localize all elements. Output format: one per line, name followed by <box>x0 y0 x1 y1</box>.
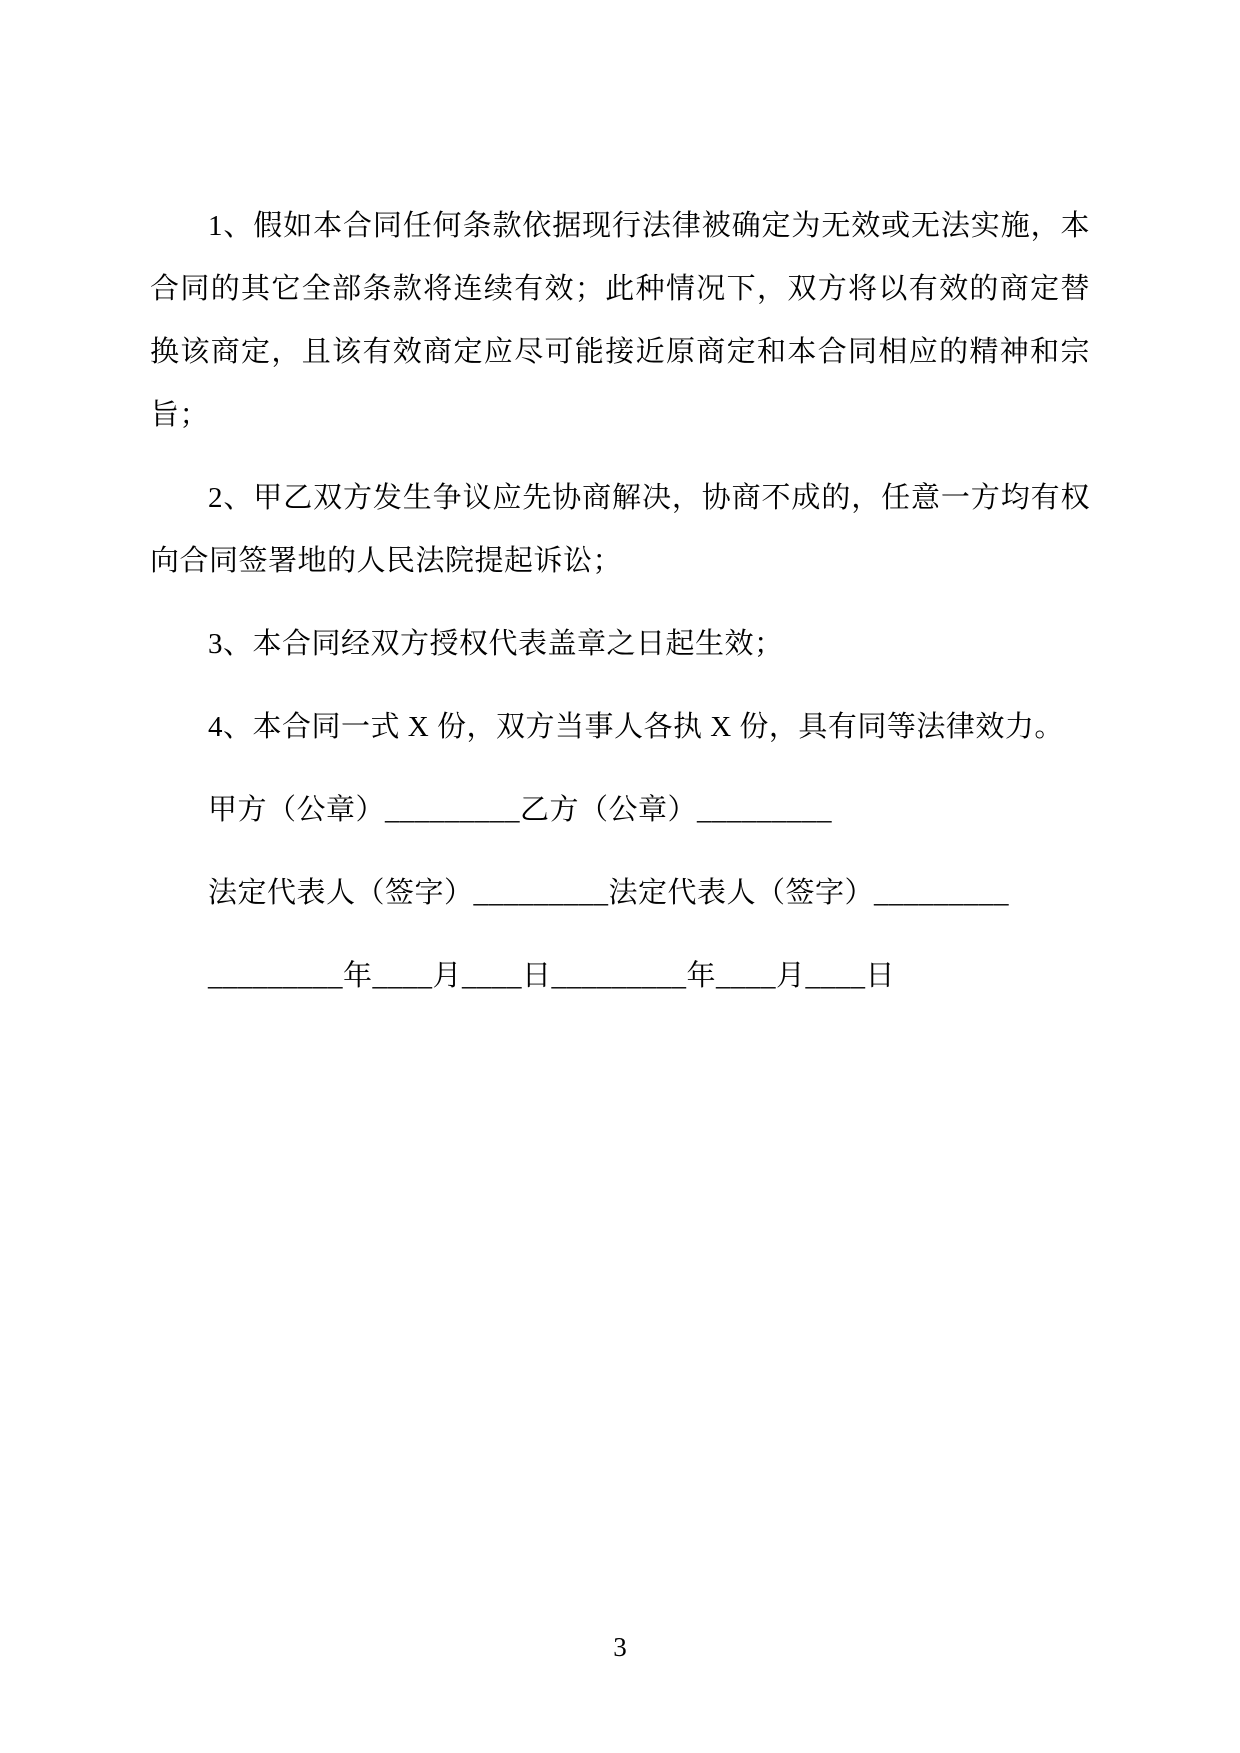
signature-representative-line: 法定代表人（签字）_________法定代表人（签字）_________ <box>150 862 1090 925</box>
clause-4-counterparts: 4、本合同一式 X 份，双方当事人各执 X 份，具有同等法律效力。 <box>150 696 1090 759</box>
signature-date-line: _________年____月____日_________年____月____日 <box>150 945 1090 1008</box>
page-number: 3 <box>0 1632 1240 1662</box>
clause-1-severability: 1、假如本合同任何条款依据现行法律被确定为无效或无法实施，本合同的其它全部条款将… <box>150 195 1090 447</box>
clause-2-dispute-resolution: 2、甲乙双方发生争议应先协商解决，协商不成的，任意一方均有权向合同签署地的人民法… <box>150 467 1090 593</box>
clause-3-effective-date: 3、本合同经双方授权代表盖章之日起生效； <box>150 613 1090 676</box>
contract-document-page: 1、假如本合同任何条款依据现行法律被确定为无效或无法实施，本合同的其它全部条款将… <box>0 0 1240 1753</box>
signature-seal-line: 甲方（公章）_________乙方（公章）_________ <box>150 779 1090 842</box>
